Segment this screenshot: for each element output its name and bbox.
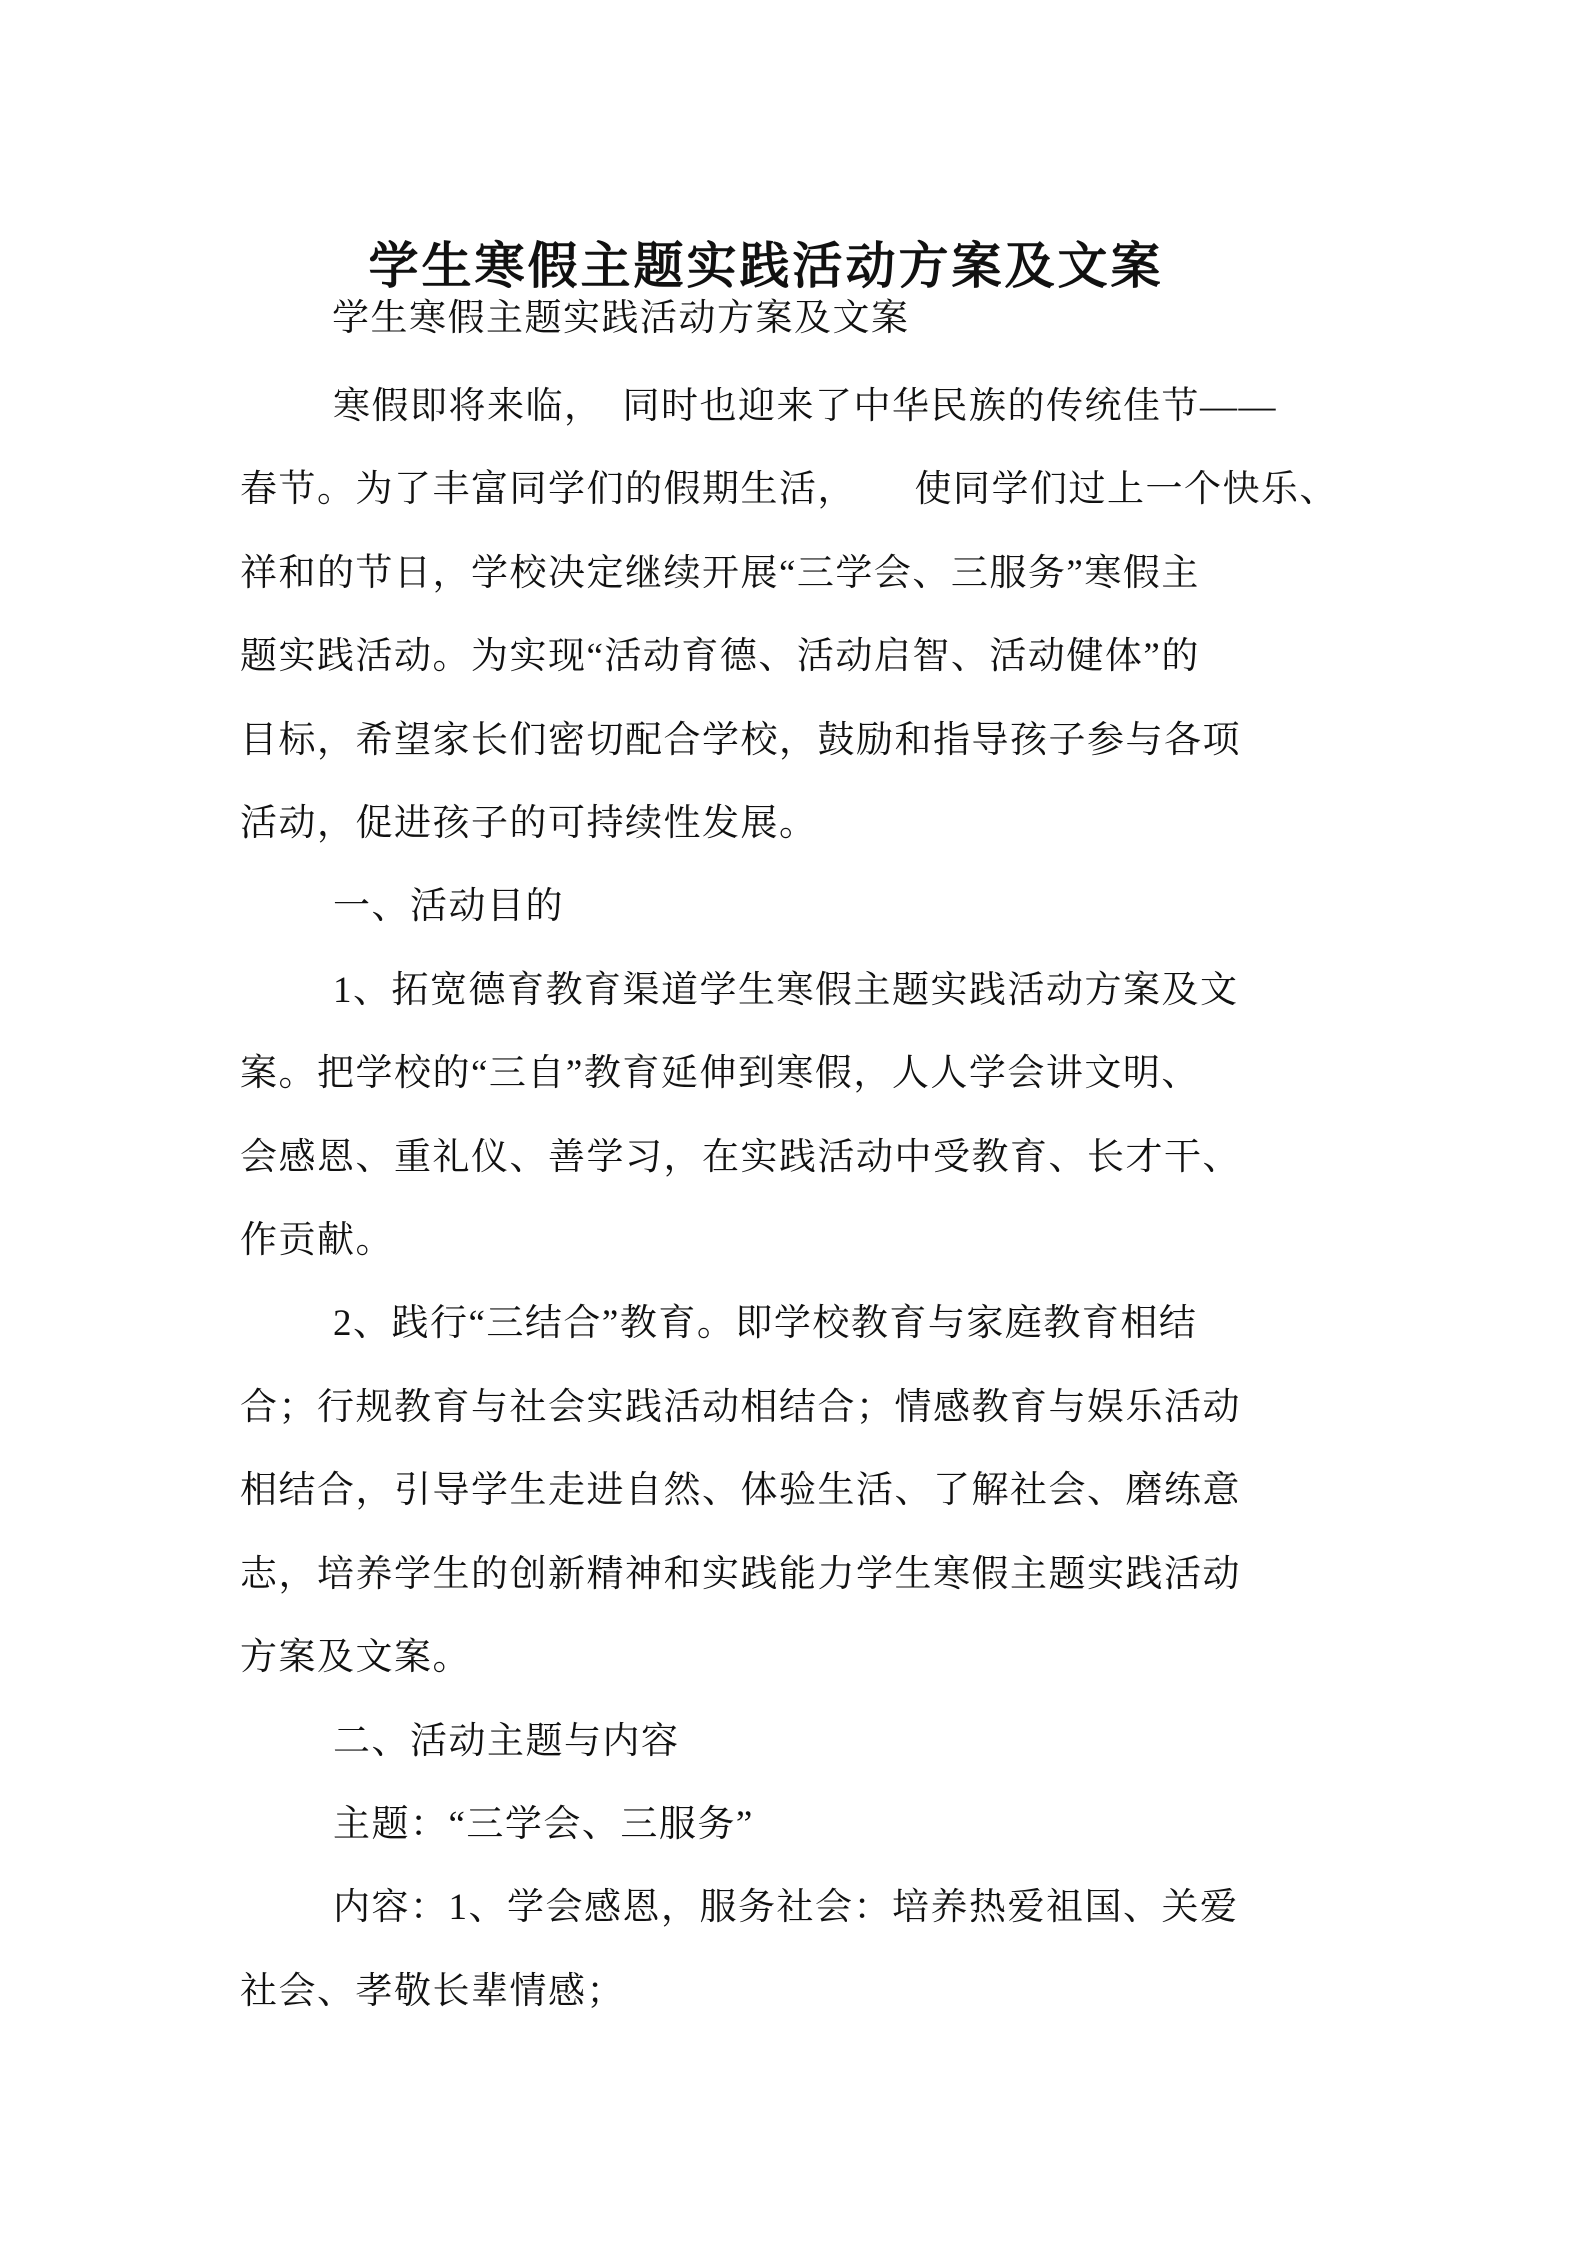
paragraph-line: 方案及文案。 xyxy=(240,1616,1370,1699)
paragraph-line: 案。把学校的“三自”教育延伸到寒假，人人学会讲文明、 xyxy=(240,1032,1370,1115)
paragraph-line: 内容：1、学会感恩，服务社会：培养热爱祖国、关爱 xyxy=(240,1866,1370,1949)
document-title: 学生寒假主题实践活动方案及文案 xyxy=(0,237,1594,295)
paragraph-line: 志，培养学生的创新精神和实践能力学生寒假主题实践活动 xyxy=(240,1533,1370,1616)
section-heading-line: 一、活动目的 xyxy=(240,865,1370,948)
paragraph-line: 作贡献。 xyxy=(240,1199,1370,1282)
document-body: 寒假即将来临， 同时也迎来了中华民族的传统佳节—— 春节。为了丰富同学们的假期生… xyxy=(240,365,1370,2033)
document-page: 学生寒假主题实践活动方案及文案 学生寒假主题实践活动方案及文案 寒假即将来临， … xyxy=(0,0,1594,2255)
paragraph-line: 活动，促进孩子的可持续性发展。 xyxy=(240,782,1370,865)
document-subtitle: 学生寒假主题实践活动方案及文案 xyxy=(332,297,910,341)
paragraph-line: 合；行规教育与社会实践活动相结合；情感教育与娱乐活动 xyxy=(240,1366,1370,1449)
paragraph-line: 祥和的节日，学校决定继续开展“三学会、三服务”寒假主 xyxy=(240,532,1370,615)
paragraph-line: 社会、孝敬长辈情感； xyxy=(240,1950,1370,2033)
paragraph-line: 题实践活动。为实现“活动育德、活动启智、活动健体”的 xyxy=(240,615,1370,698)
paragraph-line: 主题：“三学会、三服务” xyxy=(240,1783,1370,1866)
paragraph-line: 寒假即将来临， 同时也迎来了中华民族的传统佳节—— xyxy=(240,365,1370,448)
paragraph-line: 会感恩、重礼仪、善学习，在实践活动中受教育、长才干、 xyxy=(240,1116,1370,1199)
paragraph-line: 1、拓宽德育教育渠道学生寒假主题实践活动方案及文 xyxy=(240,949,1370,1032)
section-heading-line: 二、活动主题与内容 xyxy=(240,1700,1370,1783)
paragraph-line: 2、践行“三结合”教育。即学校教育与家庭教育相结 xyxy=(240,1282,1370,1365)
paragraph-line: 目标，希望家长们密切配合学校，鼓励和指导孩子参与各项 xyxy=(240,699,1370,782)
paragraph-line: 相结合，引导学生走进自然、体验生活、了解社会、磨练意 xyxy=(240,1449,1370,1532)
paragraph-line: 春节。为了丰富同学们的假期生活， 使同学们过上一个快乐、 xyxy=(240,448,1370,531)
